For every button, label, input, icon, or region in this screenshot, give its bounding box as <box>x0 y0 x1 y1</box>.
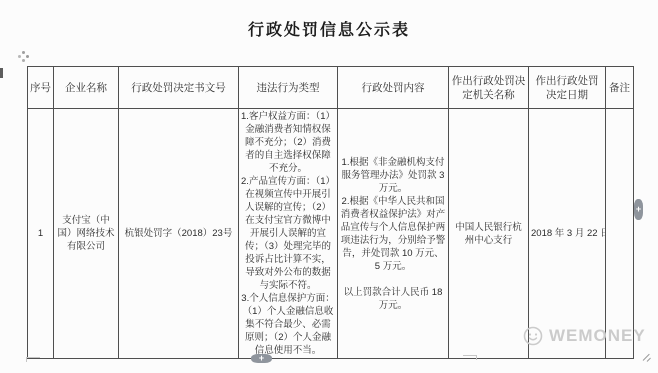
cell-decision-date: 2018 年 3 月 22 日 <box>529 109 606 359</box>
col-header-doc-no: 行政处罚决定书文号 <box>119 67 239 109</box>
cell-seq: 1 <box>28 109 54 359</box>
cell-violation-type: 1.客户权益方面：（1）金融消费者知情权保障不充分；（2）消费者的自主选择权保障… <box>239 109 338 359</box>
col-header-authority: 作出行政处罚决定机关名称 <box>449 67 529 109</box>
cell-company: 支付宝（中国）网络技术有限公司 <box>54 109 119 359</box>
page: 行政处罚信息公示表 序号 企业名称 行政处罚决定书文号 违法行为类型 行政处罚内… <box>0 0 658 373</box>
plus-icon: + <box>259 354 264 363</box>
table-row: 1 支付宝（中国）网络技术有限公司 杭银处罚字（2018）23号 1.客户权益方… <box>28 109 634 359</box>
cell-doc-no: 杭银处罚字（2018）23号 <box>119 109 239 359</box>
col-header-violation-type: 违法行为类型 <box>239 67 338 109</box>
col-header-seq: 序号 <box>28 67 54 109</box>
cell-authority: 中国人民银行杭州中心支行 <box>449 109 529 359</box>
table-drag-handle-icon[interactable] <box>22 51 25 54</box>
col-header-remark: 备注 <box>606 67 634 109</box>
crop-tick-right-icon <box>463 355 477 360</box>
resize-corner-icon[interactable] <box>642 352 653 362</box>
scroll-bottom-button[interactable]: + <box>251 354 272 363</box>
penalty-table: 序号 企业名称 行政处罚决定书文号 违法行为类型 行政处罚内容 作出行政处罚决定… <box>27 66 634 359</box>
page-title: 行政处罚信息公示表 <box>0 17 658 40</box>
scroll-right-button[interactable]: + <box>634 199 643 220</box>
crop-tick-left-icon <box>26 357 40 362</box>
cell-remark <box>606 109 634 359</box>
col-header-company: 企业名称 <box>54 67 119 109</box>
col-header-decision-date: 作出行政处罚决定日期 <box>529 67 606 109</box>
cell-penalty-content: 1.根据《非金融机构支付服务管理办法》处罚款 3 万元。 2.根据《中华人民共和… <box>338 109 449 359</box>
header-row: 序号 企业名称 行政处罚决定书文号 违法行为类型 行政处罚内容 作出行政处罚决定… <box>28 67 634 109</box>
col-header-penalty-content: 行政处罚内容 <box>338 67 449 109</box>
left-edge-artifact <box>0 68 3 78</box>
plus-icon: + <box>636 205 641 214</box>
